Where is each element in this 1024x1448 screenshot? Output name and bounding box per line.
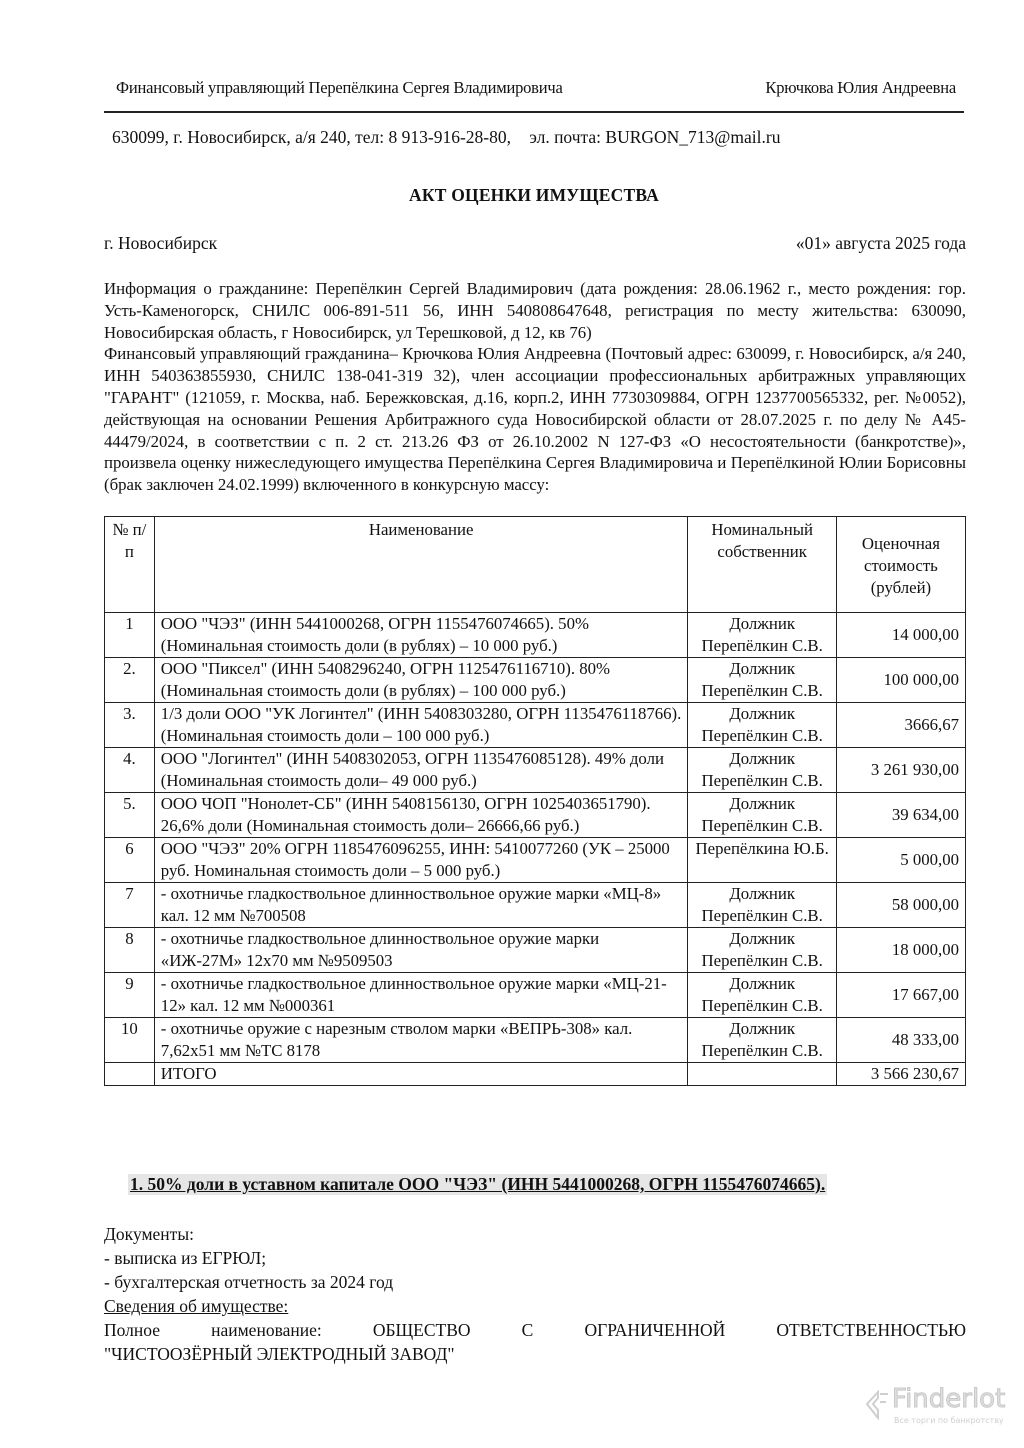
row-num: 2.	[105, 658, 155, 703]
col-header-owner: Номинальный собственник	[688, 517, 836, 613]
row-value: 5 000,00	[836, 838, 965, 883]
contacts-address: 630099, г. Новосибирск, а/я 240, тел: 8 …	[112, 127, 511, 147]
letterhead-right: Крючкова Юлия Андреевна	[765, 78, 956, 98]
row-value: 14 000,00	[836, 613, 965, 658]
row-value: 58 000,00	[836, 883, 965, 928]
row-num: 5.	[105, 793, 155, 838]
row-num: 3.	[105, 703, 155, 748]
finderlot-logo-icon	[864, 1390, 890, 1420]
row-name: ООО "Логинтел" (ИНН 5408302053, ОГРН 113…	[154, 748, 688, 793]
row-owner: Перепёлкина Ю.Б.	[688, 838, 836, 883]
row-name: - охотничье оружие с нарезным стволом ма…	[154, 1018, 688, 1063]
contacts-email: эл. почта: BURGON_713@mail.ru	[529, 127, 780, 147]
documents-label: Документы:	[104, 1222, 966, 1246]
row-value: 3666,67	[836, 703, 965, 748]
table-row: 4.ООО "Логинтел" (ИНН 5408302053, ОГРН 1…	[105, 748, 966, 793]
letterhead-left: Финансовый управляющий Перепёлкина Серге…	[116, 78, 563, 98]
table-total-row: ИТОГО 3 566 230,67	[105, 1063, 966, 1086]
table-row: 9- охотничье гладкоствольное длинноствол…	[105, 973, 966, 1018]
row-owner: Должник Перепёлкин С.В.	[688, 973, 836, 1018]
col-header-num: № п/п	[105, 517, 155, 613]
letterhead: Финансовый управляющий Перепёлкина Серге…	[116, 78, 956, 98]
row-owner: Должник Перепёлкин С.В.	[688, 883, 836, 928]
table-row: 8- охотничье гладкоствольное длинноствол…	[105, 928, 966, 973]
document-item: - бухгалтерская отчетность за 2024 год	[104, 1270, 966, 1294]
row-owner: Должник Перепёлкин С.В.	[688, 658, 836, 703]
document-item: - выписка из ЕГРЮЛ;	[104, 1246, 966, 1270]
watermark-name: Finderlot	[892, 1384, 1005, 1414]
row-name: ООО "ЧЭЗ" (ИНН 5441000268, ОГРН 11554760…	[154, 613, 688, 658]
col-header-name: Наименование	[154, 517, 688, 613]
table-body: 1ООО "ЧЭЗ" (ИНН 5441000268, ОГРН 1155476…	[105, 613, 966, 1063]
row-owner: Должник Перепёлкин С.В.	[688, 703, 836, 748]
letterhead-divider	[104, 111, 964, 113]
col-header-value: Оценочная стоимость (рублей)	[836, 517, 965, 613]
row-name-line: 1/3 доли ООО "УК Логинтел" (ИНН 54083032…	[161, 703, 682, 725]
row-name: - охотничье гладкоствольное длинностволь…	[154, 883, 688, 928]
row-num: 8	[105, 928, 155, 973]
full-name-line2: "ЧИСТООЗЁРНЫЙ ЭЛЕКТРОДНЫЙ ЗАВОД"	[104, 1342, 966, 1366]
citizen-info: Информация о гражданине: Перепёлкин Серг…	[104, 278, 966, 343]
row-name-note: (Номинальная стоимость доли – 100 000 ру…	[161, 725, 682, 747]
document-page: Финансовый управляющий Перепёлкина Серге…	[0, 0, 1024, 1448]
row-num: 6	[105, 838, 155, 883]
table-row: 3.1/3 доли ООО "УК Логинтел" (ИНН 540830…	[105, 703, 966, 748]
row-owner: Должник Перепёлкин С.В.	[688, 928, 836, 973]
row-value: 100 000,00	[836, 658, 965, 703]
row-num: 7	[105, 883, 155, 928]
row-name: ООО "Пиксел" (ИНН 5408296240, ОГРН 11254…	[154, 658, 688, 703]
row-owner: Должник Перепёлкин С.В.	[688, 748, 836, 793]
table-row: 1ООО "ЧЭЗ" (ИНН 5441000268, ОГРН 1155476…	[105, 613, 966, 658]
table-row: 7- охотничье гладкоствольное длинноствол…	[105, 883, 966, 928]
watermark: Finderlot Все торги по банкротству	[864, 1384, 1014, 1440]
row-name: 1/3 доли ООО "УК Логинтел" (ИНН 54083032…	[154, 703, 688, 748]
document-date: «01» августа 2025 года	[796, 233, 966, 254]
intro-text: Информация о гражданине: Перепёлкин Серг…	[104, 278, 966, 496]
table-header-row: № п/п Наименование Номинальный собственн…	[105, 517, 966, 613]
row-owner: Должник Перепёлкин С.В.	[688, 1018, 836, 1063]
contacts-line: 630099, г. Новосибирск, а/я 240, тел: 8 …	[112, 127, 780, 148]
row-value: 17 667,00	[836, 973, 965, 1018]
table-row: 6ООО "ЧЭЗ" 20% ОГРН 1185476096255, ИНН: …	[105, 838, 966, 883]
row-num: 10	[105, 1018, 155, 1063]
row-owner: Должник Перепёлкин С.В.	[688, 613, 836, 658]
row-num: 9	[105, 973, 155, 1018]
total-value: 3 566 230,67	[836, 1063, 965, 1086]
row-name: - охотничье гладкоствольное длинностволь…	[154, 973, 688, 1018]
place-date-line: г. Новосибирск «01» августа 2025 года	[104, 233, 966, 254]
section-details: Документы: - выписка из ЕГРЮЛ; - бухгалт…	[104, 1222, 966, 1366]
assets-table: № п/п Наименование Номинальный собственн…	[104, 516, 966, 1086]
watermark-tagline: Все торги по банкротству	[894, 1416, 1004, 1425]
manager-info: Финансовый управляющий гражданина– Крючк…	[104, 343, 966, 496]
row-name: - охотничье гладкоствольное длинностволь…	[154, 928, 688, 973]
document-place: г. Новосибирск	[104, 233, 217, 254]
row-owner: Должник Перепёлкин С.В.	[688, 793, 836, 838]
table-row: 10- охотничье оружие с нарезным стволом …	[105, 1018, 966, 1063]
row-num: 1	[105, 613, 155, 658]
section-heading: 1. 50% доли в уставном капитале ООО "ЧЭЗ…	[128, 1174, 827, 1195]
full-name-line1: Полное наименование: ОБЩЕСТВО С ОГРАНИЧЕ…	[104, 1318, 966, 1342]
row-value: 48 333,00	[836, 1018, 965, 1063]
table-row: 5.ООО ЧОП "Нонолет-СБ" (ИНН 5408156130, …	[105, 793, 966, 838]
total-label: ИТОГО	[154, 1063, 688, 1086]
property-label: Сведения об имуществе:	[104, 1294, 966, 1318]
row-name: ООО ЧОП "Нонолет-СБ" (ИНН 5408156130, ОГ…	[154, 793, 688, 838]
row-value: 18 000,00	[836, 928, 965, 973]
document-title: АКТ ОЦЕНКИ ИМУЩЕСТВА	[0, 185, 1024, 206]
row-name: ООО "ЧЭЗ" 20% ОГРН 1185476096255, ИНН: 5…	[154, 838, 688, 883]
row-value: 39 634,00	[836, 793, 965, 838]
table-row: 2.ООО "Пиксел" (ИНН 5408296240, ОГРН 112…	[105, 658, 966, 703]
row-num: 4.	[105, 748, 155, 793]
row-value: 3 261 930,00	[836, 748, 965, 793]
